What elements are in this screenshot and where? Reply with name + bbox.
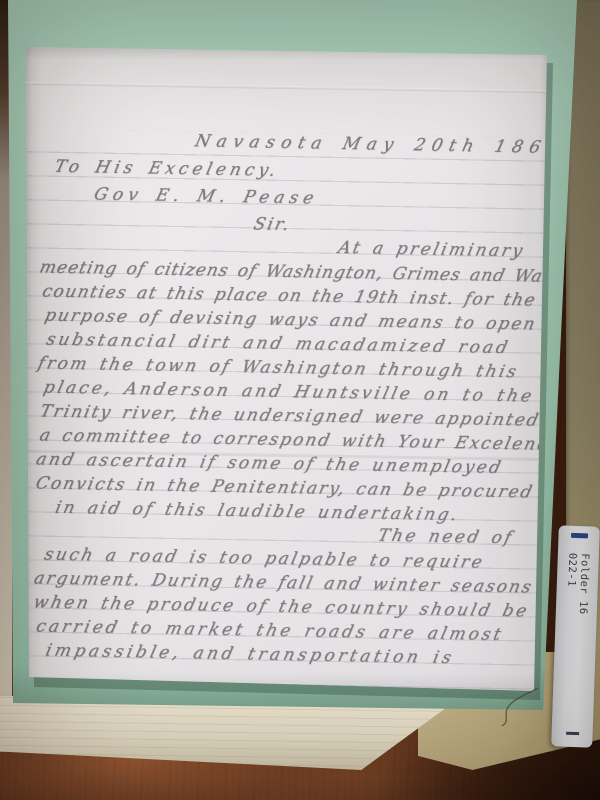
handwriting-line: in aid of this laudible undertaking. [53,498,461,525]
label-blue-dash [570,533,587,539]
label-text: 022-1 Folder 16 [564,553,591,615]
label-folder-number: Folder 16 [576,553,591,615]
label-bottom-mark [566,732,579,735]
archival-photo: Navasota May 20th 1869To His Excelency.G… [0,0,600,800]
handwriting-line: Gov E. M. Pease [92,184,321,208]
handwriting-line: Navasota May 20th 1869 [193,131,566,158]
handwriting-line: At a preliminary [336,238,527,261]
handwriting-line: To His Excelency. [53,157,282,181]
handwriting-line: impassible, and transportation is [44,641,457,668]
handwriting-line: such a road is too palpable to require [42,545,486,573]
handwriting-line: Sir. [251,214,292,235]
letter-page: Navasota May 20th 1869To His Excelency.G… [20,40,556,700]
archival-label-tab: 022-1 Folder 16 [551,525,600,747]
handwriting-line: The need of [376,526,516,548]
handwriting-line: carried to market the roads are almost [34,616,506,644]
thread-fiber [492,686,542,731]
handwriting-line: substancial dirt and macadamized road [44,330,512,358]
handwriting-layer: Navasota May 20th 1869To His Excelency.G… [8,40,556,710]
handwriting-line: and ascertain if some of the unemployed [34,449,505,477]
